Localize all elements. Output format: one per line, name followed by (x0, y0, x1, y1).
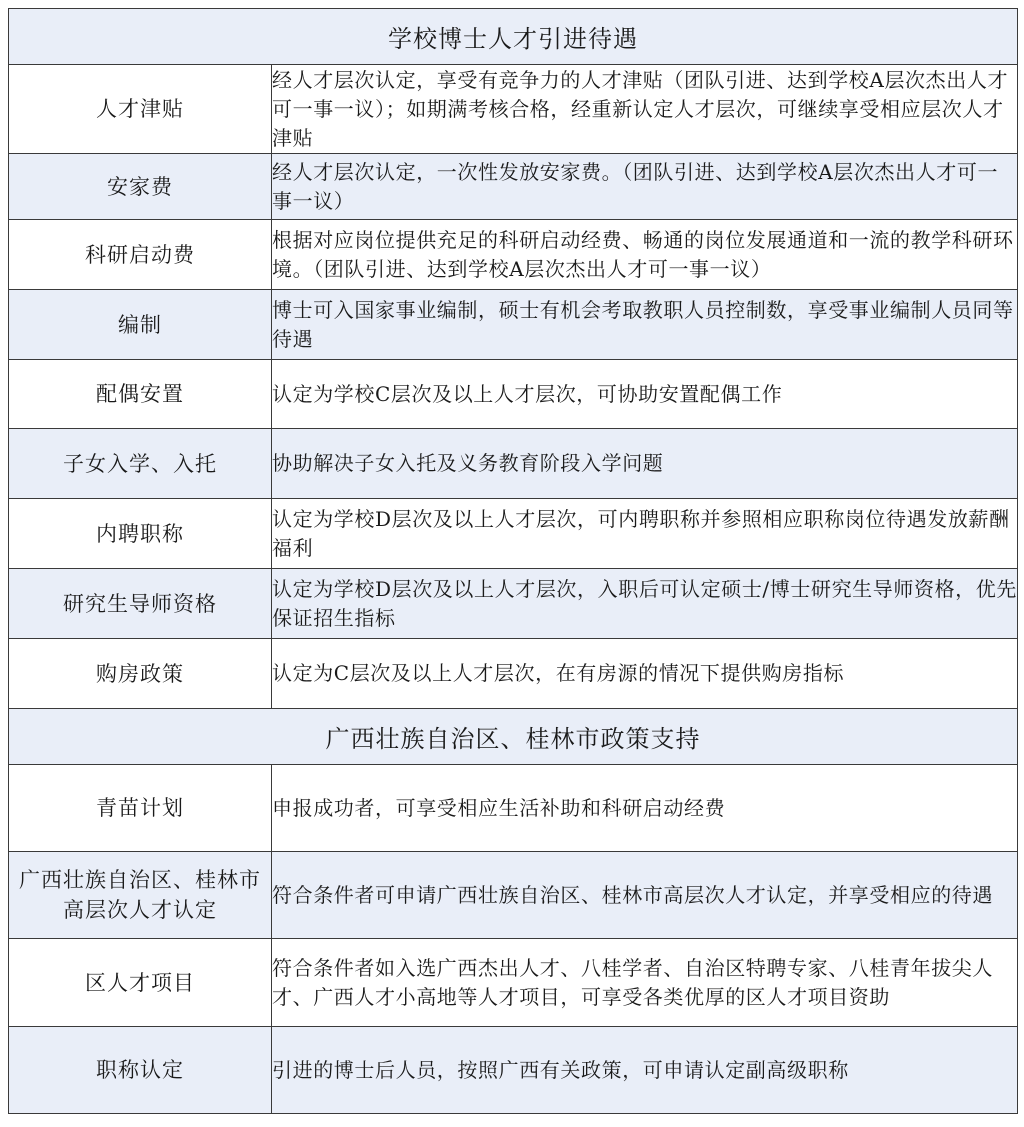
row-label: 研究生导师资格 (9, 569, 272, 639)
table-row: 配偶安置 认定为学校C层次及以上人才层次，可协助安置配偶工作 (9, 360, 1018, 429)
row-label: 购房政策 (9, 639, 272, 709)
section-title: 学校博士人才引进待遇 (9, 9, 1018, 65)
table-row: 区人才项目 符合条件者如入选广西杰出人才、八桂学者、自治区特聘专家、八桂青年拔尖… (9, 939, 1018, 1027)
table-row: 广西壮族自治区、桂林市高层次人才认定 符合条件者可申请广西壮族自治区、桂林市高层… (9, 852, 1018, 939)
row-description: 根据对应岗位提供充足的科研启动经费、畅通的岗位发展通道和一流的教学科研环境。（团… (272, 220, 1018, 290)
row-description: 引进的博士后人员，按照广西有关政策，可申请认定副高级职称 (272, 1027, 1018, 1114)
row-label: 职称认定 (9, 1027, 272, 1114)
section-header-row: 广西壮族自治区、桂林市政策支持 (9, 709, 1018, 765)
row-description: 符合条件者可申请广西壮族自治区、桂林市高层次人才认定，并享受相应的待遇 (272, 852, 1018, 939)
row-description: 协助解决子女入托及义务教育阶段入学问题 (272, 429, 1018, 499)
row-description: 经人才层次认定，享受有竞争力的人才津贴（团队引进、达到学校A层次杰出人才可一事一… (272, 65, 1018, 154)
row-description: 经人才层次认定，一次性发放安家费。（团队引进、达到学校A层次杰出人才可一事一议） (272, 154, 1018, 220)
row-label: 广西壮族自治区、桂林市高层次人才认定 (9, 852, 272, 939)
table-row: 职称认定 引进的博士后人员，按照广西有关政策，可申请认定副高级职称 (9, 1027, 1018, 1114)
table-row: 内聘职称 认定为学校D层次及以上人才层次，可内聘职称并参照相应职称岗位待遇发放薪… (9, 499, 1018, 569)
row-label: 子女入学、入托 (9, 429, 272, 499)
row-description: 申报成功者，可享受相应生活补助和科研启动经费 (272, 765, 1018, 852)
row-description: 符合条件者如入选广西杰出人才、八桂学者、自治区特聘专家、八桂青年拔尖人才、广西人… (272, 939, 1018, 1027)
table-row: 科研启动费 根据对应岗位提供充足的科研启动经费、畅通的岗位发展通道和一流的教学科… (9, 220, 1018, 290)
table-row: 购房政策 认定为C层次及以上人才层次，在有房源的情况下提供购房指标 (9, 639, 1018, 709)
table-row: 研究生导师资格 认定为学校D层次及以上人才层次，入职后可认定硕士/博士研究生导师… (9, 569, 1018, 639)
section-title: 广西壮族自治区、桂林市政策支持 (9, 709, 1018, 765)
row-label: 区人才项目 (9, 939, 272, 1027)
row-description: 认定为学校C层次及以上人才层次，可协助安置配偶工作 (272, 360, 1018, 429)
row-description: 认定为C层次及以上人才层次，在有房源的情况下提供购房指标 (272, 639, 1018, 709)
table-row: 安家费 经人才层次认定，一次性发放安家费。（团队引进、达到学校A层次杰出人才可一… (9, 154, 1018, 220)
row-label: 内聘职称 (9, 499, 272, 569)
row-description: 认定为学校D层次及以上人才层次，可内聘职称并参照相应职称岗位待遇发放薪酬福利 (272, 499, 1018, 569)
row-description: 认定为学校D层次及以上人才层次，入职后可认定硕士/博士研究生导师资格，优先保证招… (272, 569, 1018, 639)
row-label: 科研启动费 (9, 220, 272, 290)
row-label: 配偶安置 (9, 360, 272, 429)
section-header-row: 学校博士人才引进待遇 (9, 9, 1018, 65)
table-row: 青苗计划 申报成功者，可享受相应生活补助和科研启动经费 (9, 765, 1018, 852)
row-label: 编制 (9, 290, 272, 360)
table-row: 人才津贴 经人才层次认定，享受有竞争力的人才津贴（团队引进、达到学校A层次杰出人… (9, 65, 1018, 154)
row-label: 青苗计划 (9, 765, 272, 852)
policy-table: 学校博士人才引进待遇 人才津贴 经人才层次认定，享受有竞争力的人才津贴（团队引进… (8, 8, 1018, 1114)
table-row: 编制 博士可入国家事业编制，硕士有机会考取教职人员控制数，享受事业编制人员同等待… (9, 290, 1018, 360)
row-label: 安家费 (9, 154, 272, 220)
table-row: 子女入学、入托 协助解决子女入托及义务教育阶段入学问题 (9, 429, 1018, 499)
row-label: 人才津贴 (9, 65, 272, 154)
row-description: 博士可入国家事业编制，硕士有机会考取教职人员控制数，享受事业编制人员同等待遇 (272, 290, 1018, 360)
